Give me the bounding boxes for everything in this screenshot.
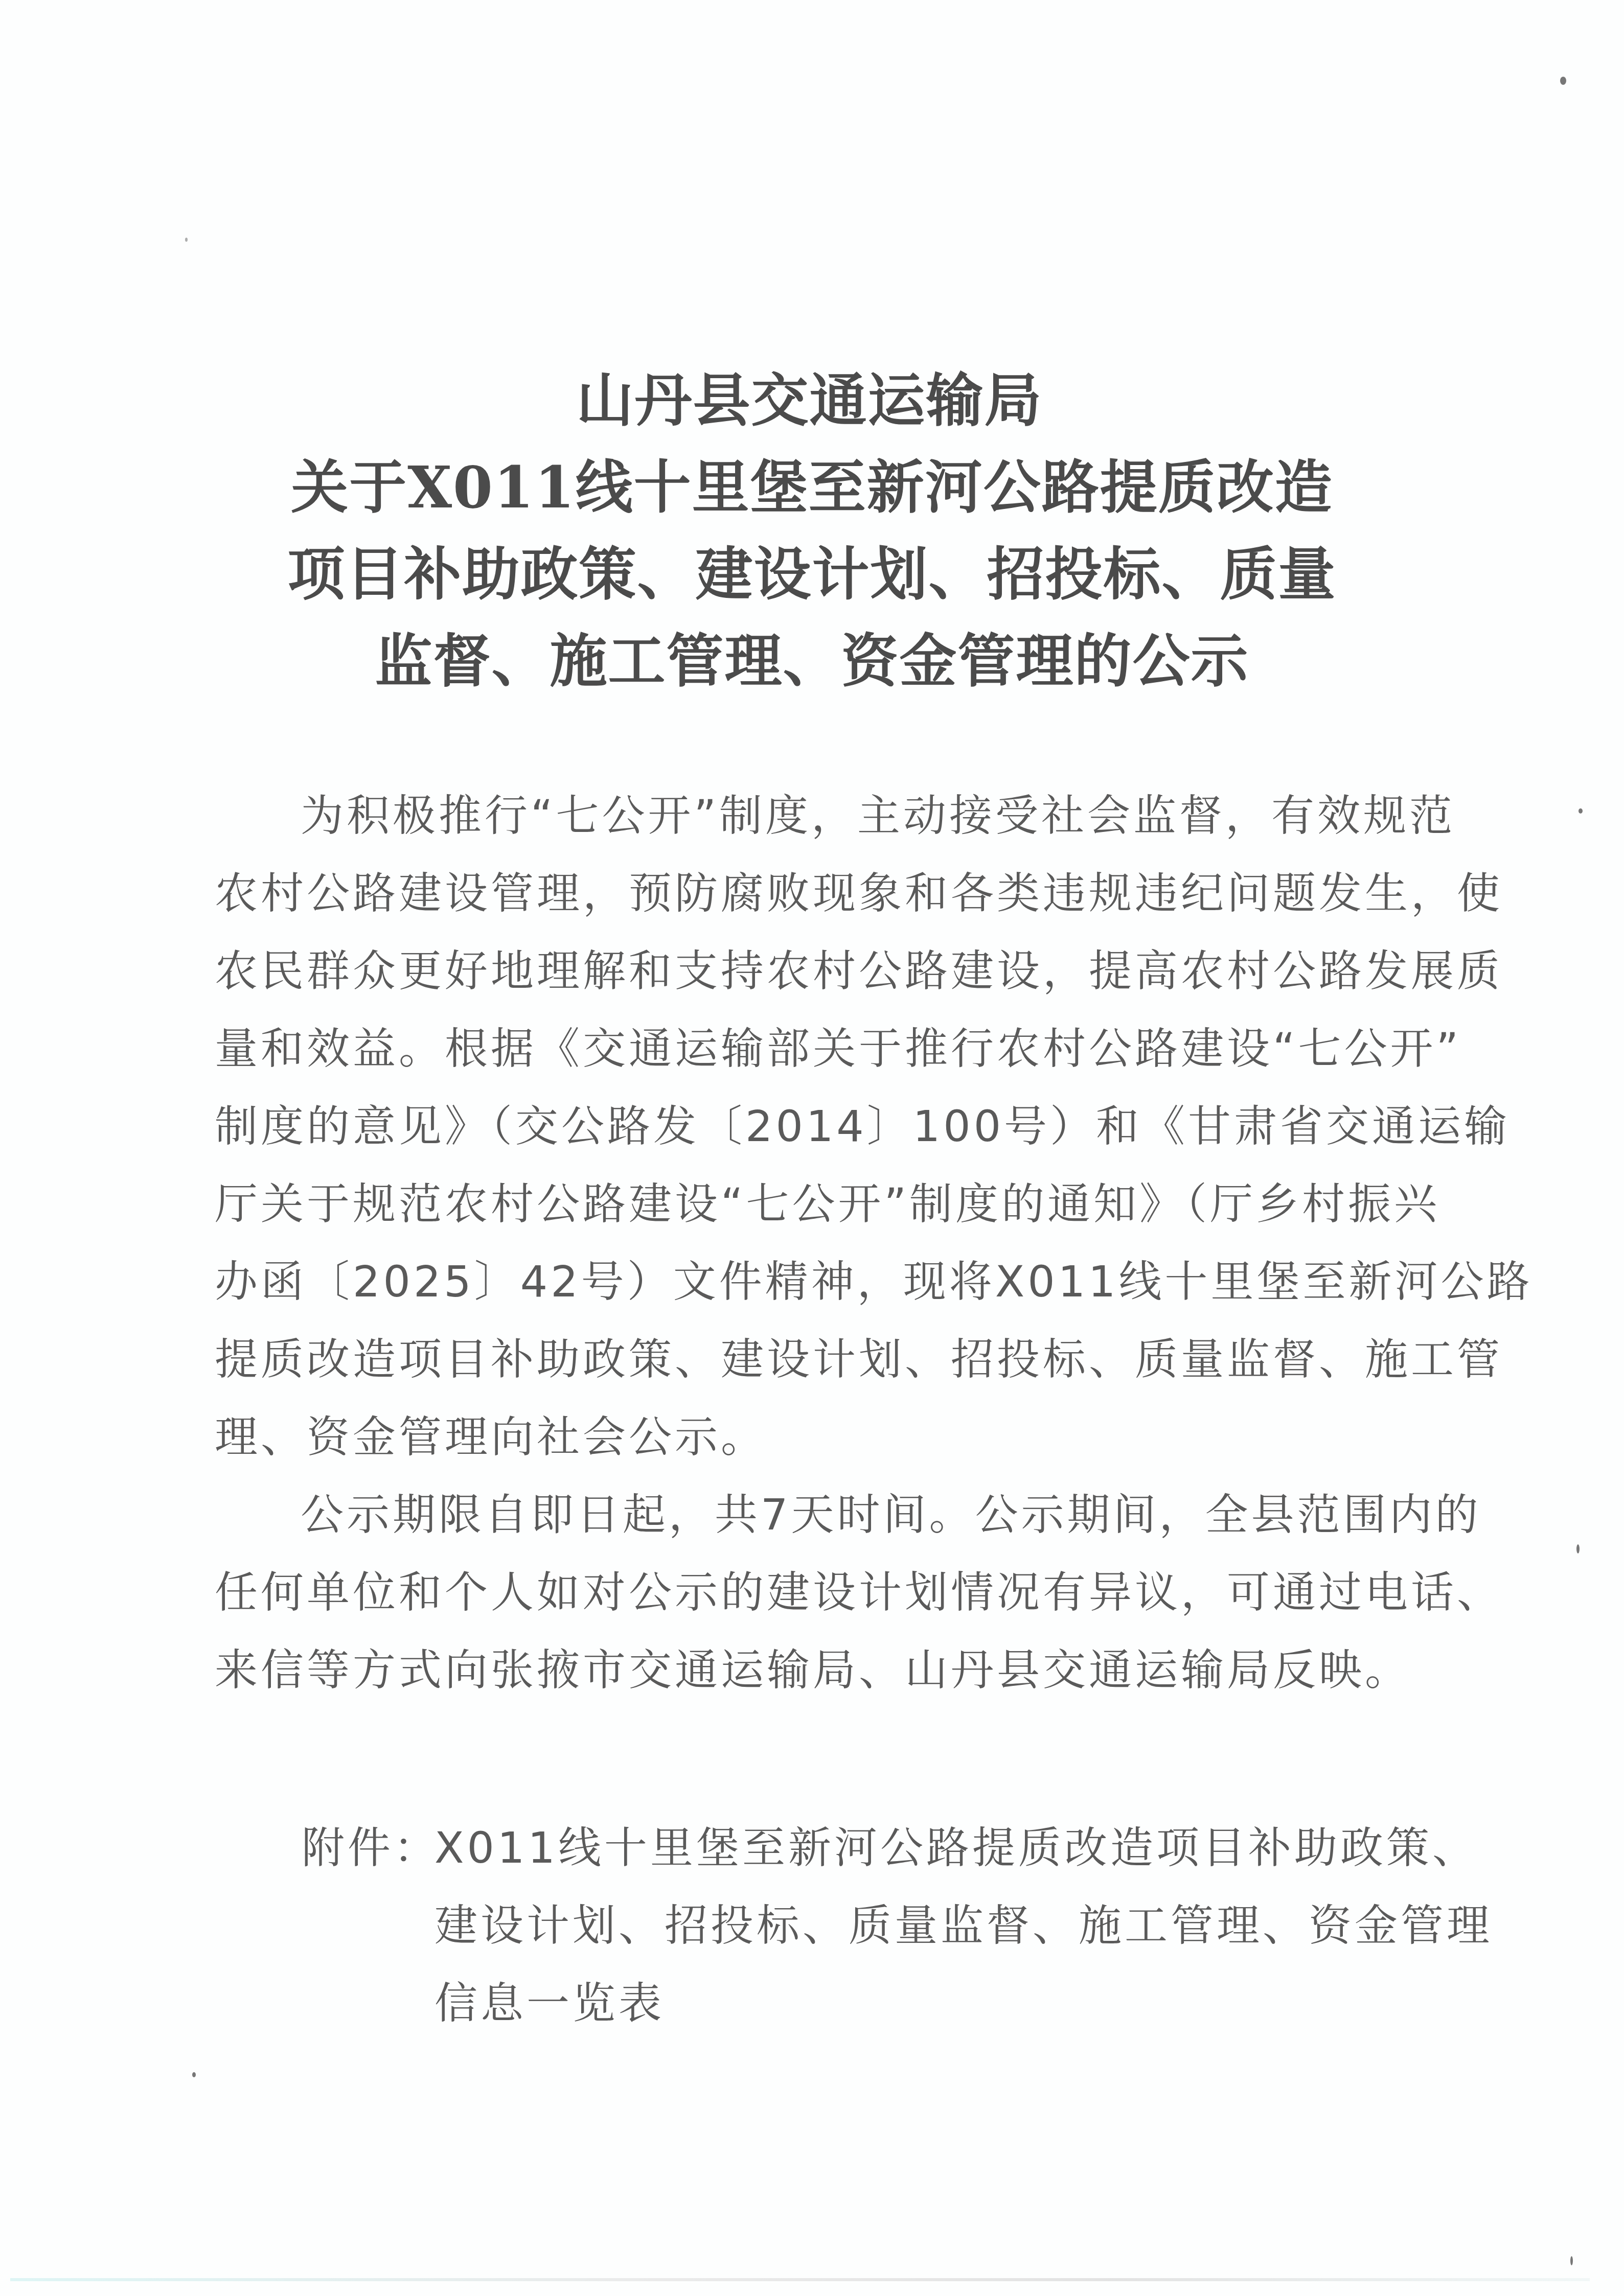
scan-speck bbox=[1579, 808, 1583, 814]
attachment-label: 附件： bbox=[302, 1809, 440, 1887]
scan-speck bbox=[1570, 2256, 1573, 2265]
scan-speck bbox=[1560, 77, 1566, 85]
text-line: 理、资金管理向社会公示。 bbox=[215, 1398, 1431, 1476]
title-line: 关于X011线十里堡至新河公路提质改造 bbox=[0, 445, 1624, 531]
scan-edge-line bbox=[10, 2278, 1590, 2281]
text-line: 提质改造项目补助政策、建设计划、招投标、质量监督、施工管 bbox=[215, 1320, 1431, 1398]
scan-speck bbox=[1576, 1544, 1580, 1553]
text-line: X011线十里堡至新河公路提质改造项目补助政策、 bbox=[434, 1809, 1457, 1887]
text-line: 公示期限自即日起，共7天时间。公示期间，全县范围内的 bbox=[215, 1476, 1431, 1553]
scan-speck bbox=[192, 2072, 196, 2077]
text-line: 建设计划、招投标、质量监督、施工管理、资金管理 bbox=[434, 1887, 1457, 1964]
text-line: 农民群众更好地理解和支持农村公路建设，提高农村公路发展质 bbox=[215, 932, 1431, 1010]
text-line: 厅关于规范农村公路建设“七公开”制度的通知》（厅乡村振兴 bbox=[215, 1165, 1431, 1243]
document-title: 山丹县交通运输局 关于X011线十里堡至新河公路提质改造 项目补助政策、建设计划… bbox=[0, 358, 1624, 705]
text-line: 农村公路建设管理，预防腐败现象和各类违规违纪问题发生，使 bbox=[215, 854, 1431, 932]
text-line: 为积极推行“七公开”制度，主动接受社会监督，有效规范 bbox=[215, 777, 1431, 854]
document-body: 为积极推行“七公开”制度，主动接受社会监督，有效规范 农村公路建设管理，预防腐败… bbox=[215, 777, 1431, 1709]
title-line: 项目补助政策、建设计划、招投标、质量 bbox=[0, 531, 1624, 618]
scan-speck bbox=[185, 238, 188, 242]
text-line: 量和效益。根据《交通运输部关于推行农村公路建设“七公开” bbox=[215, 1010, 1431, 1087]
title-line: 监督、施工管理、资金管理的公示 bbox=[0, 618, 1624, 705]
text-line: 信息一览表 bbox=[434, 1964, 1457, 2042]
paragraph-purpose: 为积极推行“七公开”制度，主动接受社会监督，有效规范 农村公路建设管理，预防腐败… bbox=[215, 777, 1431, 1476]
paragraph-notice-period: 公示期限自即日起，共7天时间。公示期间，全县范围内的 任何单位和个人如对公示的建… bbox=[215, 1476, 1431, 1709]
text-line: 办函〔2025〕42号）文件精神，现将X011线十里堡至新河公路 bbox=[215, 1243, 1431, 1320]
text-line: 来信等方式向张掖市交通运输局、山丹县交通运输局反映。 bbox=[215, 1631, 1431, 1709]
text-line: 任何单位和个人如对公示的建设计划情况有异议，可通过电话、 bbox=[215, 1553, 1431, 1631]
text-line: 制度的意见》（交公路发〔2014〕100号）和《甘肃省交通运输 bbox=[215, 1087, 1431, 1165]
attachment-title: X011线十里堡至新河公路提质改造项目补助政策、 建设计划、招投标、质量监督、施… bbox=[434, 1809, 1457, 2042]
title-line-issuer: 山丹县交通运输局 bbox=[0, 358, 1624, 445]
scanned-document-page: 山丹县交通运输局 关于X011线十里堡至新河公路提质改造 项目补助政策、建设计划… bbox=[0, 0, 1624, 2296]
